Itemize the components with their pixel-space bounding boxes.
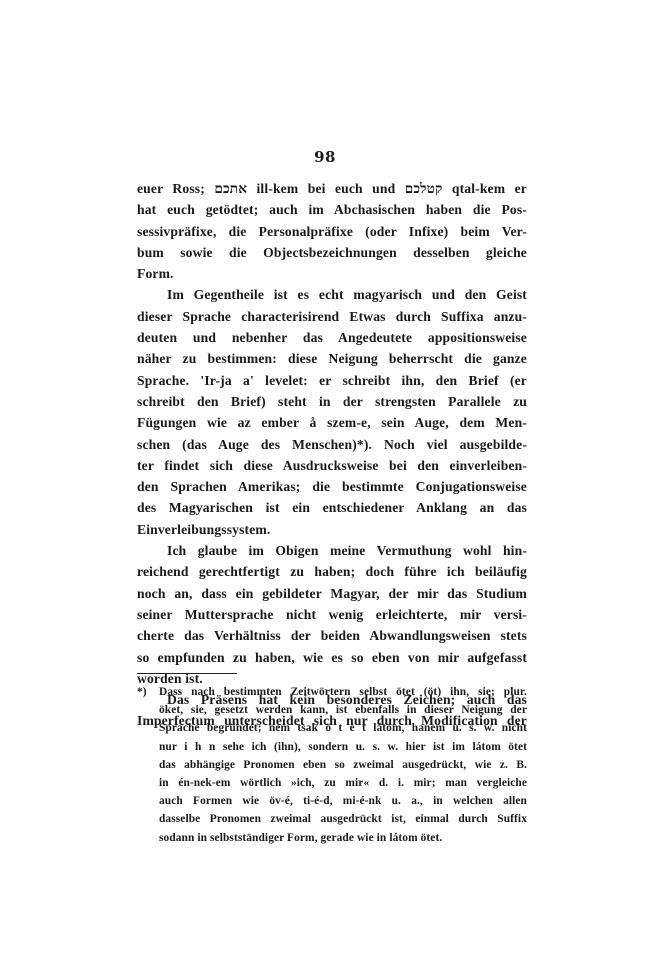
text-line: Form. xyxy=(137,263,527,284)
body-text: euer Ross; אתכם ill-kem bei euch und קטל… xyxy=(137,178,527,732)
text-line: den Sprachen Amerikas; die bestimmte Con… xyxy=(137,476,527,497)
text-line: noch an, dass ein gebildeter Magyar, der… xyxy=(137,583,527,604)
text-line: so empfunden zu haben, wie es so eben vo… xyxy=(137,647,527,668)
page-number: 98 xyxy=(0,148,650,166)
text-line: reichend gerechtfertigt zu haben; doch f… xyxy=(137,561,527,582)
footnote: *)Dass nach bestimmten Zeitwörtern selbs… xyxy=(137,683,527,847)
footnote-line: *)Dass nach bestimmten Zeitwörtern selbs… xyxy=(137,683,527,701)
footnote-marker: *) xyxy=(137,683,159,701)
footnote-divider xyxy=(137,673,237,674)
text-line: schreibt den Brief) steht in der strengs… xyxy=(137,391,527,412)
footnote-line: Sprache begründet; nem tsak ö t e t láto… xyxy=(137,719,527,737)
text-line: seiner Muttersprache nicht wenig erleich… xyxy=(137,604,527,625)
footnote-line: auch Formen wie öv-é, ti-é-d, mi-é-nk u.… xyxy=(137,792,527,810)
text-line: euer Ross; אתכם ill-kem bei euch und קטל… xyxy=(137,178,527,199)
footnote-line: dasselbe Pronomen zweimal ausgedrückt is… xyxy=(137,810,527,828)
text-line: schen (das Auge des Menschen)*). Noch vi… xyxy=(137,434,527,455)
text-line: des Magyarischen ist ein entschiedener A… xyxy=(137,497,527,518)
text-line: bum sowie die Objectsbezeichnungen desse… xyxy=(137,242,527,263)
text-line: Fügungen wie az ember å szem-e, sein Aug… xyxy=(137,412,527,433)
text-line: ter findet sich diese Ausdrucksweise bei… xyxy=(137,455,527,476)
footnote-line: sodann in selbstständiger Form, gerade w… xyxy=(137,829,527,847)
text-line: Ich glaube im Obigen meine Vermuthung wo… xyxy=(137,540,527,561)
text-line: dieser Sprache characterisirend Etwas du… xyxy=(137,306,527,327)
text-line: hat euch getödtet; auch im Abchasischen … xyxy=(137,199,527,220)
text-line: deuten und nebenher das Angedeutete appo… xyxy=(137,327,527,348)
footnote-line: in én-nek-em wörtlich »ich, zu mir« d. i… xyxy=(137,774,527,792)
text-line: Im Gegentheile ist es echt magyarisch un… xyxy=(137,284,527,305)
footnote-line: das abhängige Pronomen eben so zweimal a… xyxy=(137,756,527,774)
footnote-line: nur i h n sehe ich (ihn), sondern u. s. … xyxy=(137,738,527,756)
text-line: Sprache. 'Ir-ja a' levelet: er schreibt … xyxy=(137,370,527,391)
footnote-text: Dass nach bestimmten Zeitwörtern selbst … xyxy=(159,686,527,698)
text-line: sessivpräfixe, die Personalpräfixe (oder… xyxy=(137,221,527,242)
text-line: cherte das Verhältniss der beiden Abwand… xyxy=(137,625,527,646)
footnote-line: öket, sie, gesetzt werden kann, ist eben… xyxy=(137,701,527,719)
text-line: näher zu bestimmen: diese Neigung beherr… xyxy=(137,348,527,369)
book-page: 98 euer Ross; אתכם ill-kem bei euch und … xyxy=(0,0,650,974)
text-line: Einverleibungssystem. xyxy=(137,519,527,540)
